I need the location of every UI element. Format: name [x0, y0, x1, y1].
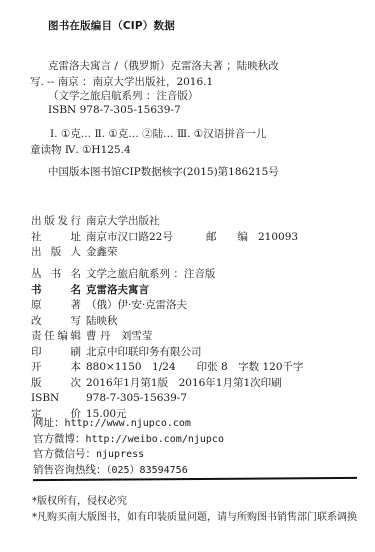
website-label: 网址：	[33, 417, 65, 429]
isbn-value: 978-7-305-15639-7	[86, 391, 187, 407]
hotline-label: 销售咨询热线：	[33, 464, 107, 476]
wechat-value: njupress	[96, 449, 144, 460]
publisher-person-value: 金鑫荣	[86, 245, 118, 261]
editor-row: 责任编辑 曹 丹 刘雪莹	[31, 329, 304, 345]
series-value: 文学之旅启航系列 ：注音版	[86, 267, 215, 283]
contact-block: 网址：http://www.njupco.com 官方微博：http://wei…	[33, 416, 224, 478]
editor-value: 曹 丹 刘雪莹	[86, 329, 152, 345]
edition-label: 版次	[31, 376, 81, 392]
book-details-block: 丛书名 文学之旅启航系列 ：注音版 书名 克雷洛夫寓言 原著 （俄）伊·安·克雷…	[31, 267, 304, 422]
cip-isbn: ISBN 978-7-305-15639-7	[48, 102, 181, 118]
cip-classification-1: Ⅰ. ①克… Ⅱ. ①克… ②陆… Ⅲ. ①汉语拼音一儿	[50, 126, 266, 142]
title-value: 克雷洛夫寓言	[86, 283, 149, 299]
printer-row: 印刷 北京中印联印务有限公司	[31, 345, 304, 361]
website-line: 网址：http://www.njupco.com	[33, 416, 224, 432]
website-link[interactable]: http://www.njupco.com	[65, 418, 191, 429]
address-value: 南京市汉口路22号	[86, 230, 206, 246]
cip-line-1: 克雷洛夫寓言 /（俄罗斯）克雷洛夫著 ；陆映秋改	[48, 58, 279, 74]
postcode-value: 210093	[258, 230, 298, 246]
printer-label: 印刷	[31, 345, 81, 361]
weibo-label: 官方微博：	[33, 433, 86, 445]
isbn-row: ISBN 978-7-305-15639-7	[31, 391, 304, 407]
weibo-link[interactable]: http://weibo.com/njupco	[86, 434, 224, 445]
publisher-value: 南京大学出版社	[86, 214, 160, 230]
printer-value: 北京中印联印务有限公司	[86, 345, 202, 361]
hotline-line: 销售咨询热线：（025）83594756	[33, 463, 224, 479]
postcode-label: 邮编	[206, 230, 248, 246]
adapter-label: 改写	[31, 314, 81, 330]
address-label: 社址	[31, 230, 81, 246]
publisher-block: 出版发行 南京大学出版社 社址 南京市汉口路22号 邮编 210093 出版人 …	[31, 214, 298, 261]
series-label: 丛书名	[31, 267, 81, 283]
editor-label: 责任编辑	[31, 329, 81, 345]
publisher-row: 出版发行 南京大学出版社	[31, 214, 298, 230]
format-value: 880×1150 1/24 印张 8 字数 120千字	[86, 360, 304, 376]
edition-value: 2016年1月第1版 2016年1月第1次印刷	[86, 376, 282, 392]
adapter-value: 陆映秋	[86, 314, 118, 330]
notice-copyright: *版权所有，侵权必究	[32, 494, 127, 510]
weibo-line: 官方微博：http://weibo.com/njupco	[33, 432, 224, 448]
original-author-row: 原著 （俄）伊·安·克雷洛夫	[31, 298, 304, 314]
publisher-person-label: 出版人	[31, 245, 81, 261]
cip-verification: 中国版本图书馆CIP数据核字(2015)第186215号	[48, 164, 279, 180]
format-label: 开本	[31, 360, 81, 376]
wechat-line: 官方微信号：njupress	[33, 447, 224, 463]
address-row: 社址 南京市汉口路22号 邮编 210093	[31, 230, 298, 246]
cip-heading: 图书在版编目（CIP）数据	[48, 18, 175, 33]
hotline-value: （025）83594756	[107, 465, 188, 476]
publisher-person-row: 出版人 金鑫荣	[31, 245, 298, 261]
format-row: 开本 880×1150 1/24 印张 8 字数 120千字	[31, 360, 304, 376]
publisher-label: 出版发行	[31, 214, 81, 230]
title-row: 书名 克雷洛夫寓言	[31, 283, 304, 299]
adapter-row: 改写 陆映秋	[31, 314, 304, 330]
series-row: 丛书名 文学之旅启航系列 ：注音版	[31, 267, 304, 283]
notice-replacement: *凡购买南大版图书，如有印装质量问题，请与所购图书销售部门联系调换	[32, 510, 357, 526]
title-label: 书名	[31, 283, 81, 299]
isbn-label: ISBN	[31, 391, 81, 407]
wechat-label: 官方微信号：	[33, 448, 96, 460]
original-author-value: （俄）伊·安·克雷洛夫	[86, 298, 187, 314]
edition-row: 版次 2016年1月第1版 2016年1月第1次印刷	[31, 376, 304, 392]
original-author-label: 原著	[31, 298, 81, 314]
cip-classification-2: 童读物 Ⅳ. ①H125.4	[30, 142, 131, 158]
